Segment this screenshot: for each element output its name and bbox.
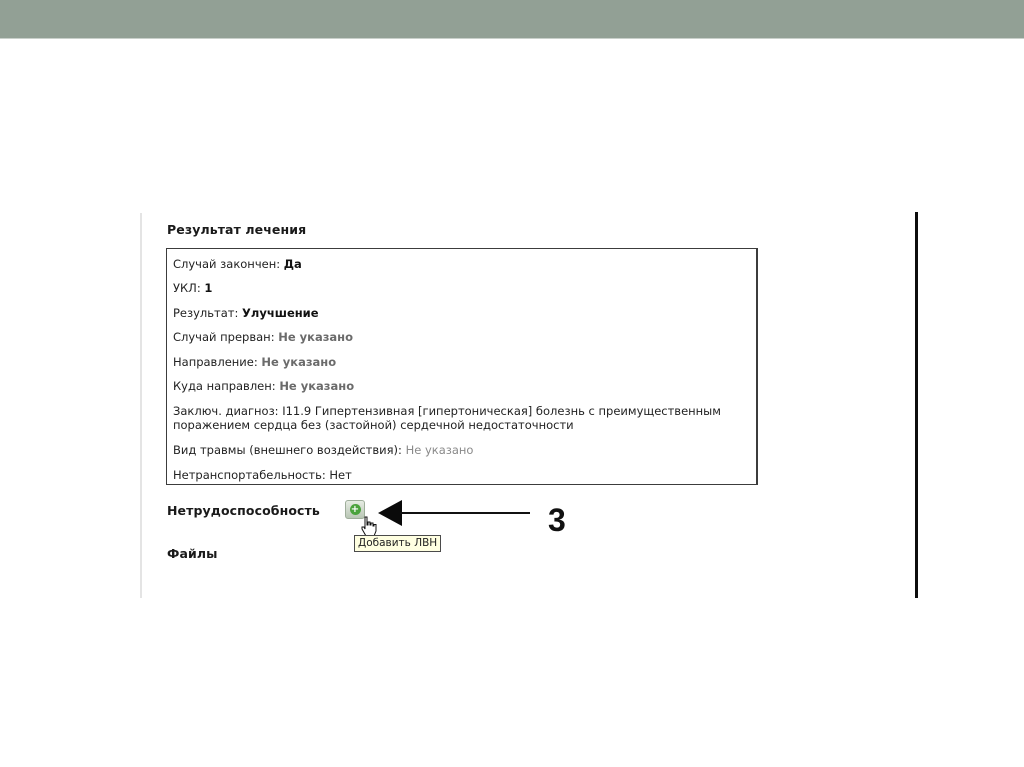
annotation-arrow-icon (378, 498, 533, 528)
row-value: Не указано (261, 355, 336, 369)
row-value: Да (284, 257, 302, 271)
row-result: Результат: Улучшение (173, 306, 319, 320)
row-label: УКЛ: (173, 281, 204, 295)
slide-top-bar (0, 0, 1024, 39)
row-value: Не указано (278, 330, 353, 344)
row-referred-to: Куда направлен: Не указано (173, 379, 354, 393)
disability-section-title: Нетрудоспособность (167, 503, 320, 518)
row-label: Случай закончен: (173, 257, 284, 271)
row-final-diagnosis: Заключ. диагноз: I11.9 Гипертензивная [г… (173, 404, 748, 432)
row-label: Вид травмы (внешнего воздействия): (173, 443, 406, 457)
row-ukl: УКЛ: 1 (173, 281, 212, 295)
treatment-result-box: Случай закончен: Да УКЛ: 1 Результат: Ул… (166, 248, 758, 485)
row-label: Случай прерван: (173, 330, 278, 344)
result-section-title: Результат лечения (167, 222, 306, 237)
files-section-title: Файлы (167, 546, 218, 561)
row-value: Не указано (406, 443, 474, 457)
plus-circle-icon: + (350, 504, 361, 515)
annotation-number: 3 (548, 502, 566, 538)
row-label: Результат: (173, 306, 242, 320)
row-label: Нетранспортабельность: (173, 468, 329, 482)
row-referral: Направление: Не указано (173, 355, 336, 369)
row-label: Направление: (173, 355, 261, 369)
add-sick-leave-tooltip: Добавить ЛВН (354, 535, 441, 552)
row-case-closed: Случай закончен: Да (173, 257, 302, 271)
row-case-interrupted: Случай прерван: Не указано (173, 330, 353, 344)
row-value: 1 (204, 281, 212, 295)
row-value: Нет (329, 468, 351, 482)
right-divider (915, 212, 918, 598)
row-value: Не указано (279, 379, 354, 393)
row-label: Куда направлен: (173, 379, 279, 393)
row-value: Улучшение (242, 306, 319, 320)
row-non-transportable: Нетранспортабельность: Нет (173, 468, 352, 482)
row-label: Заключ. диагноз: (173, 404, 282, 418)
left-divider (140, 213, 142, 598)
row-injury-type: Вид травмы (внешнего воздействия): Не ук… (173, 443, 473, 457)
